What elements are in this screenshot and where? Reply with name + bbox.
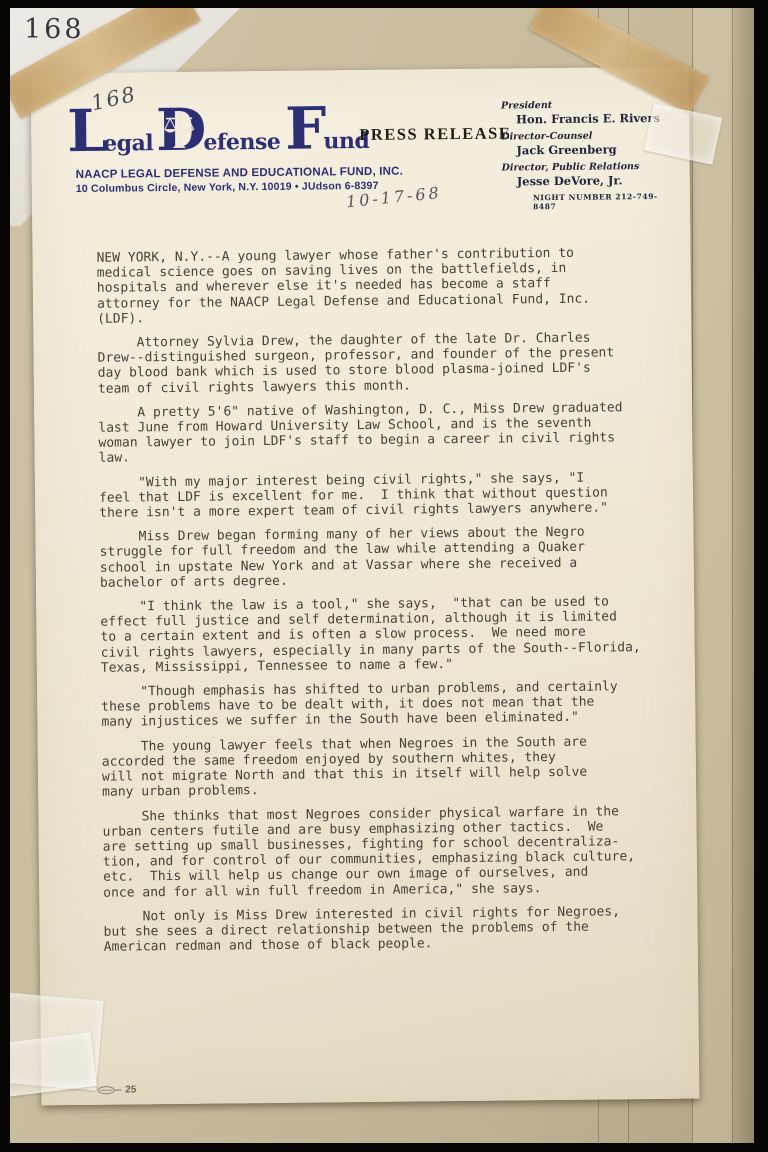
logo-letter-d: D [156, 106, 207, 156]
album-page-edge-band [693, 8, 732, 1143]
album-page: 168 168 L egal D [10, 8, 754, 1143]
logo-word-defense: efense [203, 129, 280, 156]
scales-of-justice-icon [162, 111, 196, 151]
officer-title: President [501, 99, 676, 112]
press-release-paragraph: Attorney Sylvia Drew, the daughter of th… [97, 330, 676, 397]
officer-title: Director, Public Relations [502, 161, 677, 174]
union-printers-mark: 25 [97, 1084, 136, 1095]
press-release-paragraph: She thinks that most Negroes consider ph… [102, 803, 681, 900]
logo-letter-f: F [285, 104, 327, 154]
press-release-document: 168 L egal D [31, 67, 700, 1106]
organization-address: 10 Columbus Circle, New York, N.Y. 10019… [76, 180, 379, 195]
press-release-body: NEW YORK, N.Y.--A young lawyer whose fat… [96, 245, 681, 964]
union-bug-icon [97, 1085, 123, 1096]
press-release-heading: PRESS RELEASE [359, 123, 511, 145]
union-mark-number: 25 [125, 1084, 136, 1095]
press-release-paragraph: Miss Drew began forming many of her view… [99, 524, 678, 591]
logo-word-legal: egal [103, 130, 153, 157]
press-release-paragraph: "Though emphasis has shifted to urban pr… [101, 679, 679, 731]
organization-name: NAACP LEGAL DEFENSE AND EDUCATIONAL FUND… [76, 166, 403, 181]
press-release-paragraph: A pretty 5'6" native of Washington, D. C… [98, 400, 677, 467]
album-right-shadow [728, 8, 754, 1143]
scanned-photo-frame: 168 168 L egal D [0, 0, 768, 1152]
press-release-paragraph: "I think the law is a tool," she says, "… [100, 594, 679, 676]
press-release-paragraph: "With my major interest being civil righ… [99, 469, 677, 521]
press-release-paragraph: NEW YORK, N.Y.--A young lawyer whose fat… [96, 245, 675, 327]
press-release-paragraph: Not only is Miss Drew interested in civi… [103, 903, 681, 955]
ldf-logo: L egal D [67, 104, 369, 157]
night-number: NIGHT NUMBER 212-749-8487 [502, 192, 677, 212]
officer-name: Jesse DeVore, Jr. [502, 173, 677, 189]
press-release-paragraph: The young lawyer feels that when Negroes… [102, 733, 681, 800]
